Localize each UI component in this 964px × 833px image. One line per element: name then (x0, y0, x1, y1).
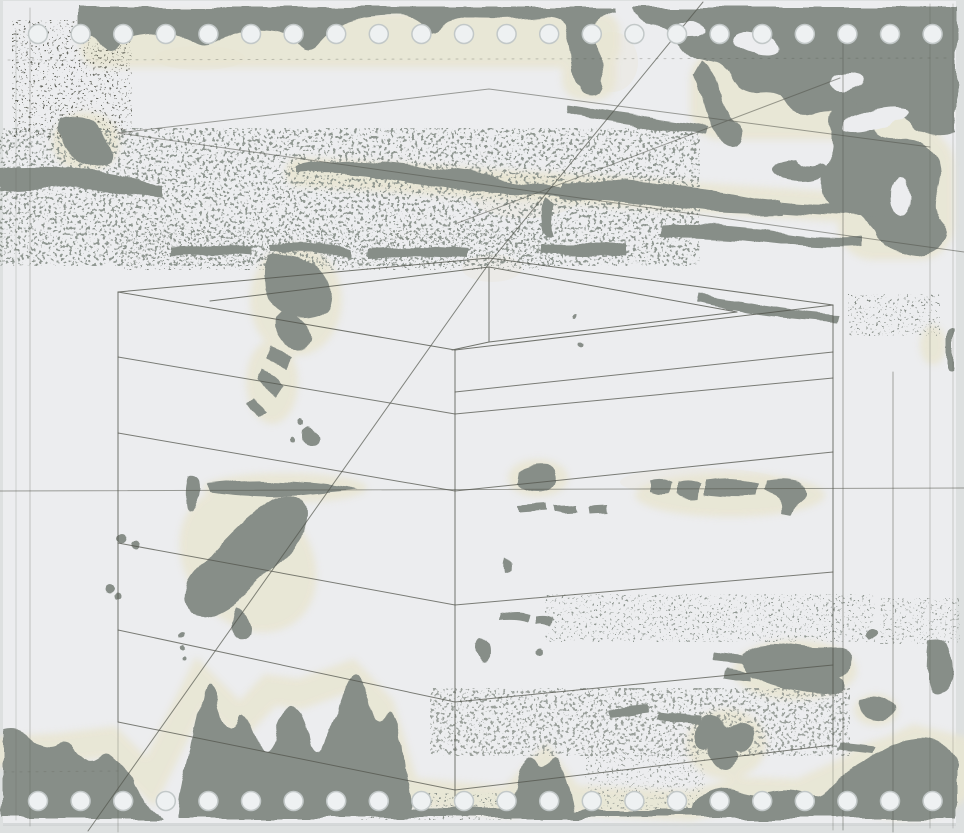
punch-hole (412, 25, 431, 44)
punch-hole (242, 25, 261, 44)
punch-hole (881, 792, 900, 811)
punch-hole (327, 25, 346, 44)
punch-hole (242, 792, 261, 811)
punch-hole (668, 792, 687, 811)
punch-hole (710, 792, 729, 811)
punch-hole (540, 25, 559, 44)
punch-hole (582, 25, 601, 44)
punch-hole (540, 792, 559, 811)
punch-hole (156, 25, 175, 44)
punch-hole (710, 25, 729, 44)
punch-hole (625, 25, 644, 44)
punch-hole (923, 25, 942, 44)
punch-hole (923, 792, 942, 811)
punch-hole (284, 792, 303, 811)
punch-hole (795, 25, 814, 44)
punch-hole (881, 25, 900, 44)
punch-hole (199, 25, 218, 44)
punch-hole (497, 792, 516, 811)
fish-blot (516, 464, 558, 490)
punch-hole (668, 25, 687, 44)
punch-hole (284, 25, 303, 44)
punch-hole (625, 792, 644, 811)
punch-hole (29, 25, 48, 44)
punch-hole (114, 25, 133, 44)
punch-hole (753, 25, 772, 44)
punch-hole (199, 792, 218, 811)
artwork-print-scan (0, 0, 964, 833)
punch-hole (71, 25, 90, 44)
punch-hole (497, 25, 516, 44)
punch-hole (455, 25, 474, 44)
punch-hole (582, 792, 601, 811)
punch-hole (412, 792, 431, 811)
punch-hole (369, 25, 388, 44)
punch-hole (156, 792, 175, 811)
punch-hole (795, 792, 814, 811)
punch-hole (114, 792, 133, 811)
punch-hole (29, 792, 48, 811)
punch-hole (455, 792, 474, 811)
paper-bottom-shadow (3, 823, 956, 826)
punch-hole (369, 792, 388, 811)
punch-hole (327, 792, 346, 811)
punch-hole (71, 792, 90, 811)
punch-hole (838, 792, 857, 811)
punch-hole (838, 25, 857, 44)
punch-hole (753, 792, 772, 811)
artwork-canvas (0, 0, 964, 833)
